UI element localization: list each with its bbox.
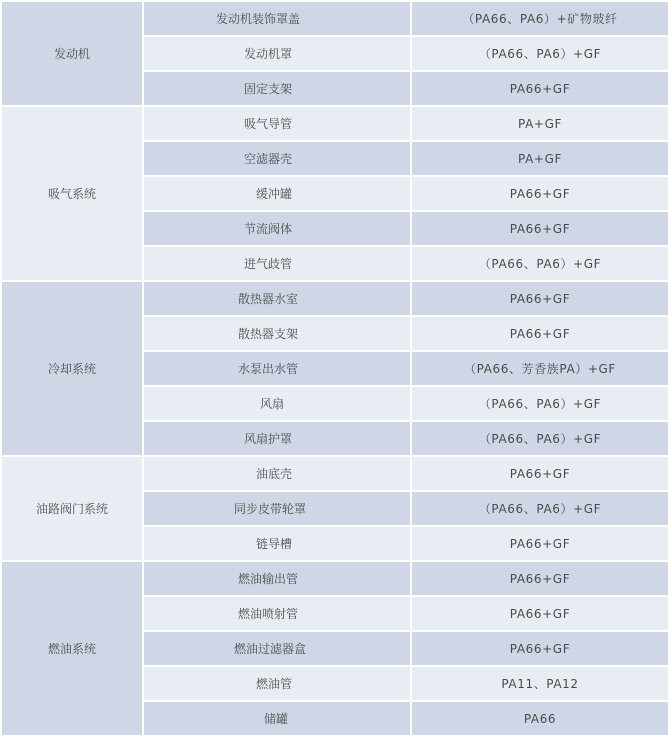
- system-cell: 冷却系统: [1, 281, 143, 456]
- part-cell: 燃油输出管: [143, 561, 411, 596]
- material-cell: PA66+GF: [411, 71, 668, 106]
- material-cell: （PA66、PA6）+GF: [411, 386, 668, 421]
- material-cell: （PA66、PA6）+GF: [411, 246, 668, 281]
- part-cell: 水泵出水管: [143, 351, 411, 386]
- material-cell: PA66+GF: [411, 316, 668, 351]
- material-cell: PA66+GF: [411, 211, 668, 246]
- table-row: 发动机 发动机装饰罩盖 （PA66、PA6）+矿物玻纤: [1, 1, 668, 36]
- system-cell: 发动机: [1, 1, 143, 106]
- table-row: 吸气系统 吸气导管 PA+GF: [1, 106, 668, 141]
- part-cell: 散热器水室: [143, 281, 411, 316]
- part-cell: 散热器支架: [143, 316, 411, 351]
- material-cell: PA66+GF: [411, 456, 668, 491]
- part-cell: 风扇护罩: [143, 421, 411, 456]
- part-cell: 进气歧管: [143, 246, 411, 281]
- part-cell: 风扇: [143, 386, 411, 421]
- part-cell: 空滤器壳: [143, 141, 411, 176]
- material-cell: PA66+GF: [411, 561, 668, 596]
- material-cell: PA66+GF: [411, 176, 668, 211]
- part-cell: 燃油管: [143, 666, 411, 701]
- material-cell: （PA66、芳香族PA）+GF: [411, 351, 668, 386]
- part-cell: 节流阀体: [143, 211, 411, 246]
- material-cell: PA66+GF: [411, 596, 668, 631]
- part-cell: 缓冲罐: [143, 176, 411, 211]
- material-cell: （PA66、PA6）+矿物玻纤: [411, 1, 668, 36]
- material-cell: PA+GF: [411, 141, 668, 176]
- table-row: 燃油系统 燃油输出管 PA66+GF: [1, 561, 668, 596]
- part-cell: 油底壳: [143, 456, 411, 491]
- material-cell: PA66+GF: [411, 281, 668, 316]
- system-cell: 吸气系统: [1, 106, 143, 281]
- part-cell: 燃油过滤器盒: [143, 631, 411, 666]
- part-cell: 链导槽: [143, 526, 411, 561]
- part-cell: 同步皮带轮罩: [143, 491, 411, 526]
- table-row: 冷却系统 散热器水室 PA66+GF: [1, 281, 668, 316]
- materials-table: 发动机 发动机装饰罩盖 （PA66、PA6）+矿物玻纤 发动机罩 （PA66、P…: [0, 0, 668, 736]
- material-cell: PA11、PA12: [411, 666, 668, 701]
- material-cell: PA66: [411, 701, 668, 736]
- material-cell: （PA66、PA6）+GF: [411, 421, 668, 456]
- material-cell: PA66+GF: [411, 631, 668, 666]
- system-cell: 油路阀门系统: [1, 456, 143, 561]
- material-cell: PA+GF: [411, 106, 668, 141]
- part-cell: 储罐: [143, 701, 411, 736]
- part-cell: 发动机罩: [143, 36, 411, 71]
- part-cell: 吸气导管: [143, 106, 411, 141]
- part-cell: 发动机装饰罩盖: [143, 1, 411, 36]
- part-cell: 固定支架: [143, 71, 411, 106]
- material-cell: （PA66、PA6）+GF: [411, 36, 668, 71]
- material-cell: （PA66、PA6）+GF: [411, 491, 668, 526]
- part-cell: 燃油喷射管: [143, 596, 411, 631]
- table-row: 油路阀门系统 油底壳 PA66+GF: [1, 456, 668, 491]
- material-cell: PA66+GF: [411, 526, 668, 561]
- materials-table-body: 发动机 发动机装饰罩盖 （PA66、PA6）+矿物玻纤 发动机罩 （PA66、P…: [1, 1, 668, 736]
- system-cell: 燃油系统: [1, 561, 143, 736]
